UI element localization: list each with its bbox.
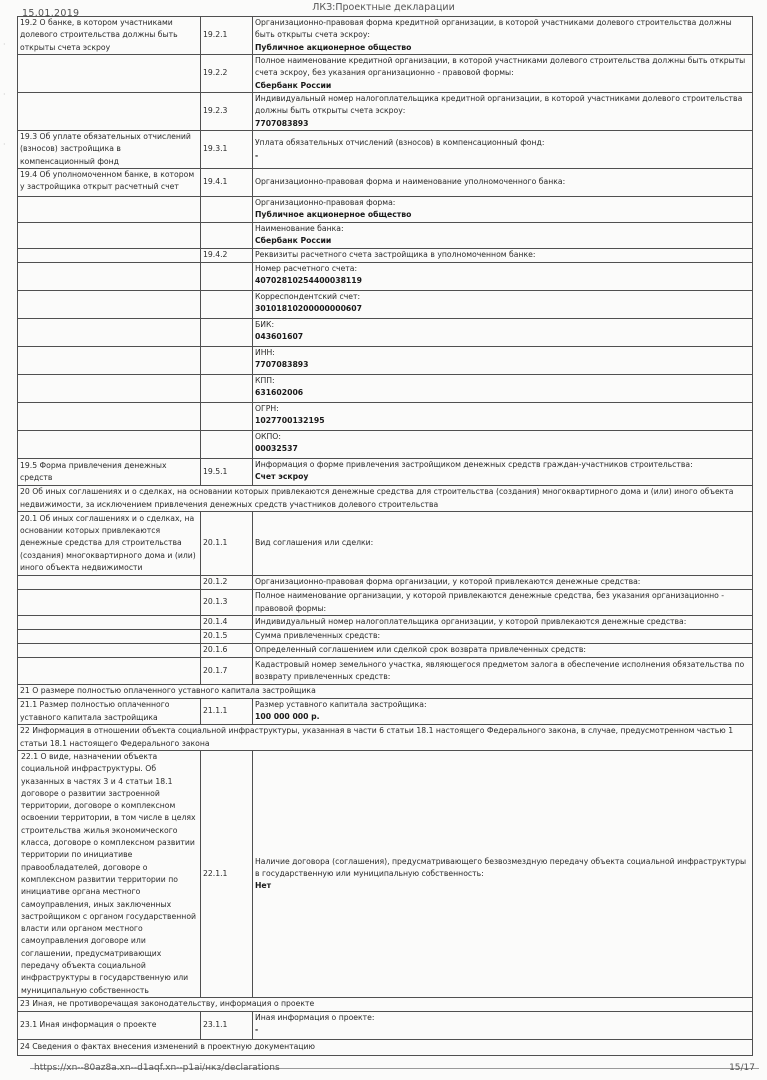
item-code: 22.1.1 [201,751,253,998]
item-label: Информация о форме привлечения застройщи… [255,459,750,471]
item-label: ИНН: [255,347,750,359]
item-label: Организационно-правовая форма и наименов… [253,169,753,197]
item-label: Организационно-правовая форма кредитной … [255,17,750,42]
item-code: 20.1.2 [201,576,253,590]
section-title: 19.5 Форма привлечения денежных средств [18,459,201,486]
table-row: 20.1.7 Кадастровый номер земельного учас… [18,658,753,685]
table-row: ИНН: 7707083893 [18,347,753,375]
item-label: Реквизиты расчетного счета застройщика в… [253,249,753,263]
empty-cell [201,375,253,403]
item-cell: Номер расчетного счета: 4070281025440003… [253,263,753,291]
item-label: Размер уставного капитала застройщика: [255,699,750,711]
empty-cell [201,403,253,431]
item-code: 21.1.1 [201,699,253,725]
item-label: КПП: [255,375,750,387]
item-code: 19.2.1 [201,17,253,55]
item-value: 1027700132195 [255,415,750,427]
item-label: Наименование банка: [255,223,750,235]
empty-cell [18,319,201,347]
table-row: 20.1.6 Определенный соглашением или сдел… [18,644,753,658]
item-cell: Индивидуальный номер налогоплательщика к… [253,93,753,131]
page-header: 15.01.2019 ЛКЗ:Проектные декларации [0,0,767,14]
section-title: 19.2 О банке, в котором участниками доле… [18,17,201,55]
table-row: Организационно-правовая форма: Публичное… [18,197,753,223]
item-label: Наличие договора (соглашения), предусмат… [255,856,750,881]
page-number: 15/17 [729,1063,755,1073]
section-heading: 24 Сведения о фактах внесения изменений … [18,1039,753,1055]
page-title: ЛКЗ:Проектные декларации [0,2,767,13]
section-title: 21.1 Размер полностью оплаченного уставн… [18,699,201,725]
item-cell: Организационно-правовая форма: Публичное… [253,197,753,223]
empty-cell [18,431,201,459]
empty-cell [18,291,201,319]
item-value: Сбербанк России [255,235,750,247]
footer-url: https://xn--80az8a.xn--d1aqf.xn--p1ai/нк… [34,1063,280,1073]
table-row: ОГРН: 1027700132195 [18,403,753,431]
section-title: 20.1 Об иных соглашениях и о сделках, на… [18,512,201,576]
item-cell: Размер уставного капитала застройщика: 1… [253,699,753,725]
item-value: Сбербанк России [255,80,750,92]
table-row: 20.1.4 Индивидуальный номер налогоплател… [18,616,753,630]
item-value: 7707083893 [255,359,750,371]
empty-cell [201,197,253,223]
item-label: Номер расчетного счета: [255,263,750,275]
item-value: 631602006 [255,387,750,399]
item-label: ОГРН: [255,403,750,415]
table-row: 20 Об иных соглашениях и о сделках, на о… [18,486,753,512]
item-cell: КПП: 631602006 [253,375,753,403]
table-row: КПП: 631602006 [18,375,753,403]
item-value: 30101810200000000607 [255,303,750,315]
empty-cell [18,658,201,685]
section-title: 22.1 О виде, назначении объекта социальн… [18,751,201,998]
section-heading: 22 Информация в отношении объекта социал… [18,725,753,751]
item-code: 20.1.7 [201,658,253,685]
item-code: 20.1.5 [201,630,253,644]
item-cell: ОГРН: 1027700132195 [253,403,753,431]
empty-cell [18,347,201,375]
item-value: 043601607 [255,331,750,343]
table-row: Номер расчетного счета: 4070281025440003… [18,263,753,291]
item-code: 19.5.1 [201,459,253,486]
empty-cell [18,55,201,93]
item-cell: Информация о форме привлечения застройщи… [253,459,753,486]
item-cell: Наличие договора (соглашения), предусмат… [253,751,753,998]
table-row: 19.2.3 Индивидуальный номер налогоплател… [18,93,753,131]
empty-cell [201,223,253,249]
item-label: Определенный соглашением или сделкой сро… [253,644,753,658]
item-code: 19.3.1 [201,131,253,169]
table-row: 21 О размере полностью оплаченного устав… [18,685,753,699]
table-row: 20.1.3 Полное наименование организации, … [18,590,753,616]
empty-cell [18,403,201,431]
item-cell: Иная информация о проекте: - [253,1011,753,1039]
empty-cell [18,375,201,403]
item-code: 19.4.1 [201,169,253,197]
item-value: 7707083893 [255,118,750,130]
item-code: 19.2.3 [201,93,253,131]
item-code: 23.1.1 [201,1011,253,1039]
table-row: 19.2 О банке, в котором участниками доле… [18,17,753,55]
empty-cell [201,291,253,319]
item-label: Кадастровый номер земельного участка, яв… [253,658,753,685]
table-row: 20.1.2 Организационно-правовая форма орг… [18,576,753,590]
item-cell: Полное наименование кредитной организаци… [253,55,753,93]
item-value: Нет [255,880,750,892]
empty-cell [201,319,253,347]
item-code: 20.1.1 [201,512,253,576]
empty-cell [201,431,253,459]
item-cell: Уплата обязательных отчислений (взносов)… [253,131,753,169]
empty-cell [18,223,201,249]
item-cell: Наименование банка: Сбербанк России [253,223,753,249]
item-label: Организационно-правовая форма: [255,197,750,209]
table-row: 22 Информация в отношении объекта социал… [18,725,753,751]
empty-cell [18,590,201,616]
item-cell: Организационно-правовая форма кредитной … [253,17,753,55]
item-label: Индивидуальный номер налогоплательщика о… [253,616,753,630]
item-code: 19.2.2 [201,55,253,93]
empty-cell [201,347,253,375]
table-row: 19.4.2 Реквизиты расчетного счета застро… [18,249,753,263]
item-cell: ОКПО: 00032537 [253,431,753,459]
section-title: 19.3 Об уплате обязательных отчислений (… [18,131,201,169]
empty-cell [18,630,201,644]
table-row: 21.1 Размер полностью оплаченного уставн… [18,699,753,725]
table-row: 23.1 Иная информация о проекте 23.1.1 Ин… [18,1011,753,1039]
item-label: Уплата обязательных отчислений (взносов)… [255,137,750,149]
item-value: 100 000 000 р. [255,711,750,723]
section-heading: 21 О размере полностью оплаченного устав… [18,685,753,699]
binding-marks: ··· [3,20,6,170]
table-row: 20.1.5 Сумма привлеченных средств: [18,630,753,644]
table-row: 19.4 Об уполномоченном банке, в котором … [18,169,753,197]
section-heading: 23 Иная, не противоречащая законодательс… [18,997,753,1011]
item-label: Сумма привлеченных средств: [253,630,753,644]
item-label: Организационно-правовая форма организаци… [253,576,753,590]
empty-cell [18,576,201,590]
item-label: Вид соглашения или сделки: [253,512,753,576]
table-row: 19.3 Об уплате обязательных отчислений (… [18,131,753,169]
item-label: Полное наименование организации, у котор… [253,590,753,616]
table-row: 19.5 Форма привлечения денежных средств … [18,459,753,486]
table-row: ОКПО: 00032537 [18,431,753,459]
item-cell: Корреспондентский счет: 3010181020000000… [253,291,753,319]
empty-cell [201,263,253,291]
item-value: - [255,1024,750,1036]
item-cell: БИК: 043601607 [253,319,753,347]
item-value: 40702810254400038119 [255,275,750,287]
section-heading: 20 Об иных соглашениях и о сделках, на о… [18,486,753,512]
table-row: Наименование банка: Сбербанк России [18,223,753,249]
item-label: Индивидуальный номер налогоплательщика к… [255,93,750,118]
item-code: 19.4.2 [201,249,253,263]
empty-cell [18,263,201,291]
item-value: Публичное акционерное общество [255,42,750,54]
table-row: 24 Сведения о фактах внесения изменений … [18,1039,753,1055]
item-value: 00032537 [255,443,750,455]
table-row: 23 Иная, не противоречащая законодательс… [18,997,753,1011]
section-title: 23.1 Иная информация о проекте [18,1011,201,1039]
empty-cell [18,197,201,223]
table-row: 20.1 Об иных соглашениях и о сделках, на… [18,512,753,576]
item-value: Счет эскроу [255,471,750,483]
table-row: БИК: 043601607 [18,319,753,347]
item-label: Полное наименование кредитной организаци… [255,55,750,80]
empty-cell [18,616,201,630]
table-row: Корреспондентский счет: 3010181020000000… [18,291,753,319]
item-code: 20.1.4 [201,616,253,630]
page-footer: https://xn--80az8a.xn--d1aqf.xn--p1ai/нк… [0,1062,767,1080]
item-value: Публичное акционерное общество [255,209,750,221]
item-value: - [255,150,750,162]
item-code: 20.1.6 [201,644,253,658]
item-label: ОКПО: [255,431,750,443]
empty-cell [18,93,201,131]
item-code: 20.1.3 [201,590,253,616]
item-cell: ИНН: 7707083893 [253,347,753,375]
table-row: 22.1 О виде, назначении объекта социальн… [18,751,753,998]
declaration-table: 19.2 О банке, в котором участниками доле… [17,16,753,1056]
item-label: Корреспондентский счет: [255,291,750,303]
empty-cell [18,644,201,658]
section-title: 19.4 Об уполномоченном банке, в котором … [18,169,201,197]
table-row: 19.2.2 Полное наименование кредитной орг… [18,55,753,93]
item-label: БИК: [255,319,750,331]
item-label: Иная информация о проекте: [255,1012,750,1024]
empty-cell [18,249,201,263]
